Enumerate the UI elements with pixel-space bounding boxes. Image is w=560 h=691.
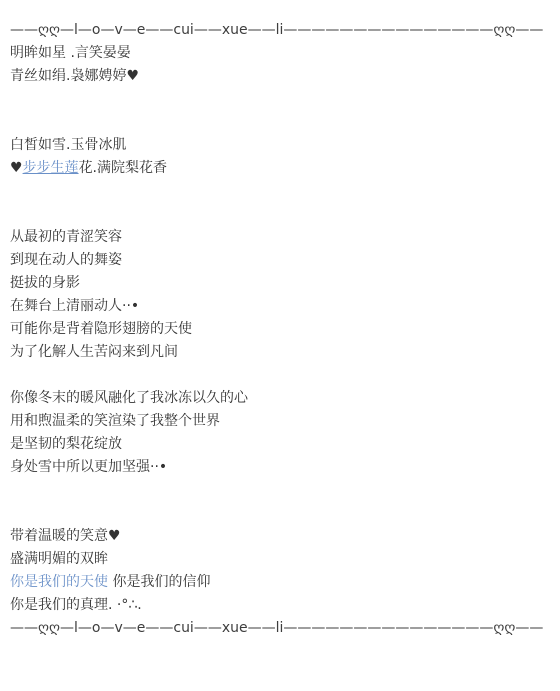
poem-line: 在舞台上清丽动人··• [10,295,550,318]
poem-line: 盛满明媚的双眸 [10,548,550,571]
poem-stanza: 明眸如星 .言笑晏晏青丝如绢.袅娜娉婷♥ [10,42,550,88]
text-segment: 你是我们的信仰 [108,574,210,590]
poem-line: 你像冬末的暖风融化了我冰冻以久的心 [10,387,550,410]
text-segment: 挺拔的身影 [10,275,80,291]
poem-body: 明眸如星 .言笑晏晏青丝如绢.袅娜娉婷♥白皙如雪.玉骨冰肌♥步步生莲花.满院梨花… [10,42,550,617]
text-segment: ♥ [10,160,23,176]
keyword-link[interactable]: 你是我们的天使 [10,574,108,590]
text-segment: 青丝如绢.袅娜娉婷♥ [10,68,139,84]
decorative-divider-bottom: ——ღღ—l—o—v—e——cui——xue——li——————————————… [10,617,550,640]
text-segment: 明眸如星 .言笑晏晏 [10,45,131,61]
poem-line: 到现在动人的舞姿 [10,249,550,272]
poem-stanza: 从最初的青涩笑容到现在动人的舞姿挺拔的身影在舞台上清丽动人··•可能你是背着隐形… [10,226,550,364]
text-segment: 为了化解人生苦闷来到凡间 [10,344,178,360]
poem-stanza: 带着温暖的笑意♥盛满明媚的双眸你是我们的天使 你是我们的信仰你是我们的真理. ·… [10,525,550,617]
poem-line: 你是我们的天使 你是我们的信仰 [10,571,550,594]
text-segment: 盛满明媚的双眸 [10,551,108,567]
text-segment: 花.满院梨花香 [79,160,167,176]
decorative-divider-top: ——ღღ—l—o—v—e——cui——xue——li——————————————… [10,19,550,42]
text-segment: 用和煦温柔的笑渲染了我整个世界 [10,413,220,429]
poem-stanza: 你像冬末的暖风融化了我冰冻以久的心用和煦温柔的笑渲染了我整个世界是坚韧的梨花绽放… [10,387,550,479]
poem-line: 从最初的青涩笑容 [10,226,550,249]
text-segment: 是坚韧的梨花绽放 [10,436,122,452]
poem-line: 白皙如雪.玉骨冰肌 [10,134,550,157]
keyword-link[interactable]: 步步生莲 [23,160,79,176]
text-segment: 到现在动人的舞姿 [10,252,122,268]
poem-line: ♥步步生莲花.满院梨花香 [10,157,550,180]
text-segment: 你是我们的真理. ·°∴. [10,597,142,613]
poem-line: 青丝如绢.袅娜娉婷♥ [10,65,550,88]
text-segment: 在舞台上清丽动人··• [10,298,139,314]
poem-line: 挺拔的身影 [10,272,550,295]
text-segment: 身处雪中所以更加坚强··• [10,459,167,475]
poem-line: 为了化解人生苦闷来到凡间 [10,341,550,364]
poem-line: 你是我们的真理. ·°∴. [10,594,550,617]
poem-line: 用和煦温柔的笑渲染了我整个世界 [10,410,550,433]
text-segment: 从最初的青涩笑容 [10,229,122,245]
post-content: ——ღღ—l—o—v—e——cui——xue——li——————————————… [0,0,560,640]
text-segment: 带着温暖的笑意♥ [10,528,121,544]
poem-line: 带着温暖的笑意♥ [10,525,550,548]
poem-line: 可能你是背着隐形翅膀的天使 [10,318,550,341]
poem-line: 是坚韧的梨花绽放 [10,433,550,456]
text-segment: 你像冬末的暖风融化了我冰冻以久的心 [10,390,248,406]
poem-line: 明眸如星 .言笑晏晏 [10,42,550,65]
poem-line: 身处雪中所以更加坚强··• [10,456,550,479]
text-segment: 白皙如雪.玉骨冰肌 [10,137,126,153]
poem-stanza: 白皙如雪.玉骨冰肌♥步步生莲花.满院梨花香 [10,134,550,180]
text-segment: 可能你是背着隐形翅膀的天使 [10,321,192,337]
